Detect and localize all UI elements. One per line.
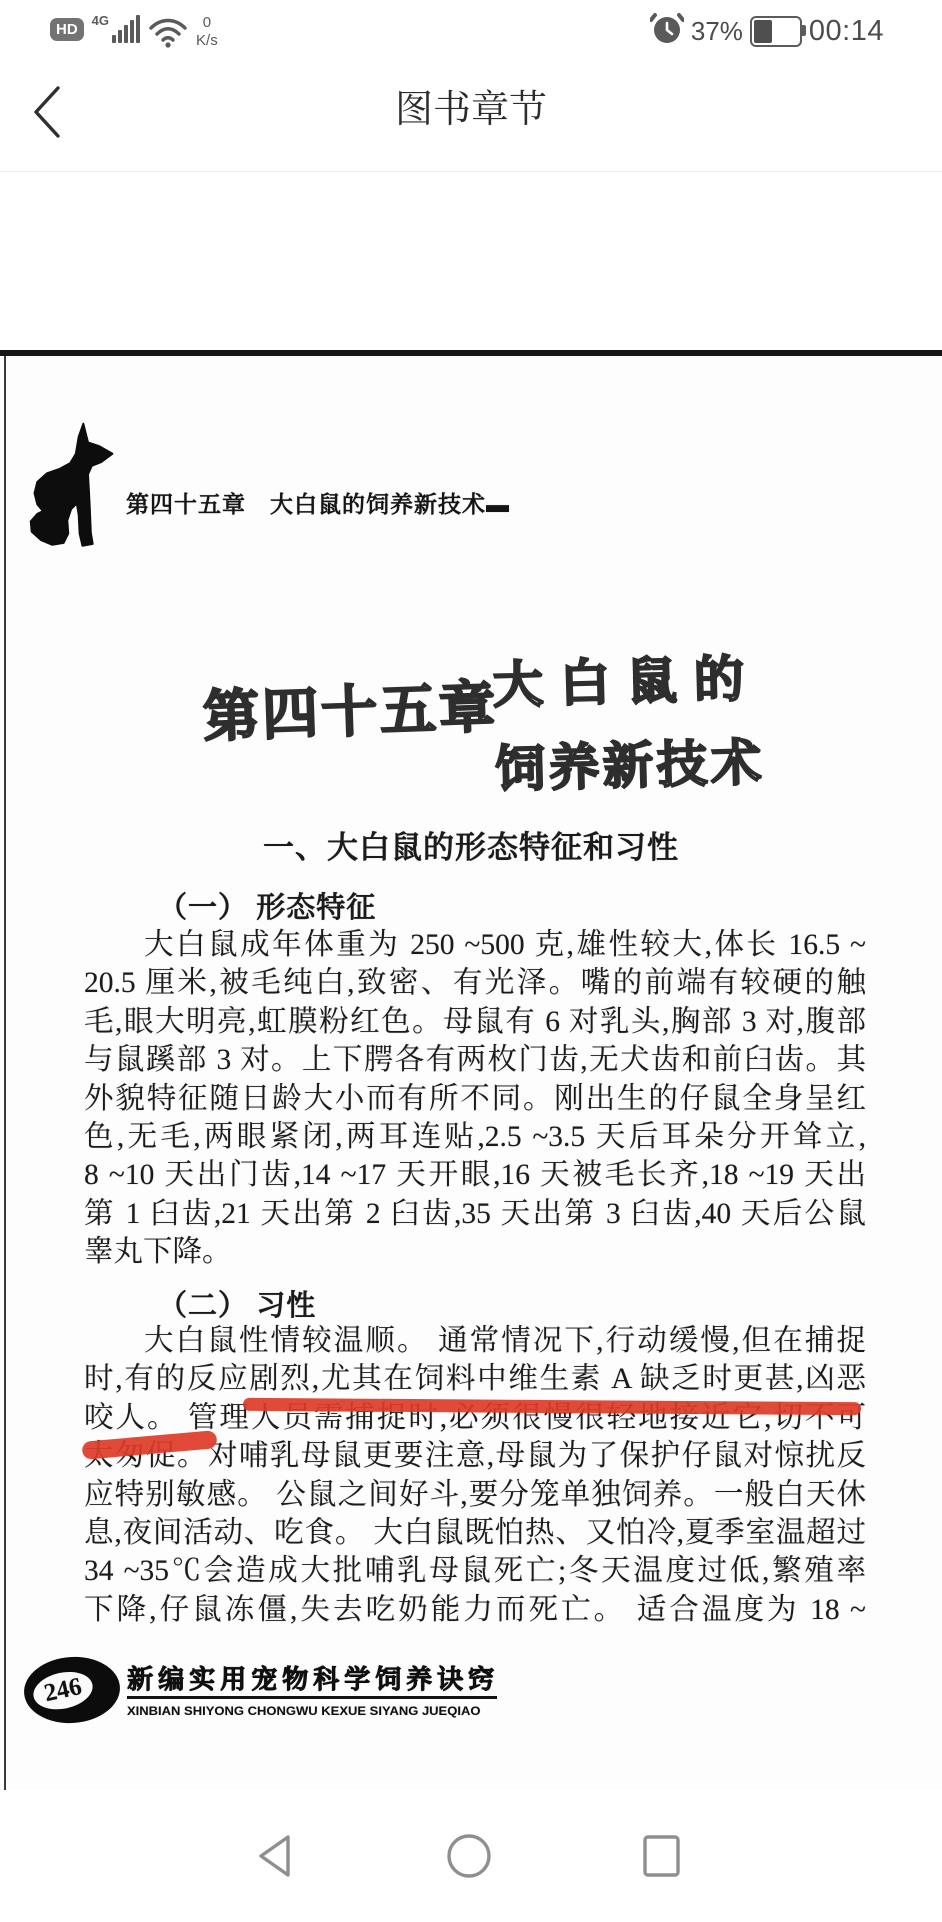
nav-back-button[interactable]: [214, 1790, 334, 1922]
section-title: 一、大白鼠的形态特征和习性: [0, 822, 942, 867]
text-line: 与鼠蹊部 3 对。上下腭各有两枚门齿,无犬齿和前臼齿。其: [84, 1041, 866, 1079]
series-title-pinyin: XINBIAN SHIYONG CHONGWU KEXUE SIYANG JUE…: [127, 1703, 507, 1717]
hd-volte-icon: HD: [50, 18, 84, 41]
text-line: 下降,仔鼠冻僵,失去吃奶能力而死亡。 适合温度为 18 ~: [84, 1591, 866, 1629]
running-header: 第四十五章 大白鼠的饲养新技术▬: [126, 486, 510, 519]
chapter-title-line2: 饲养新技术: [494, 720, 766, 811]
fox-silhouette-icon: [26, 416, 120, 560]
text-line: 8 ~10 天出门齿,14 ~17 天开眼,16 天被毛长齐,18 ~19 天出: [84, 1156, 866, 1194]
speed-value: 0: [203, 14, 211, 32]
network-type-label: 4G: [92, 14, 109, 27]
status-left-cluster: HD 4G 0 K/s: [50, 12, 218, 55]
network-speed: 0 K/s: [196, 14, 218, 50]
text-line: 20.5 厘米,被毛纯白,致密、有光泽。嘴的前端有较硬的触: [84, 964, 866, 1002]
series-title-chinese: 新编实用宠物科学饲养诀窍: [127, 1659, 499, 1696]
cellular-signal: 4G: [92, 14, 140, 43]
status-bar: HD 4G 0 K/s: [0, 0, 942, 62]
text-line: 时,有的反应剧烈,尤其在饲料中维生素 A 缺乏时更甚,凶恶: [84, 1360, 866, 1398]
text-line: 外貌特征随日龄大小而有所不同。刚出生的仔鼠全身呈红: [84, 1080, 866, 1118]
book-page-image[interactable]: 第四十五章 大白鼠的饲养新技术▬ 第四十五章 大白鼠的 饲养新技术 一、大白鼠的…: [0, 350, 942, 1796]
battery-percent-label: 37%: [691, 16, 743, 47]
page-number-badge: 246: [22, 1654, 122, 1727]
subsection1-title: （一） 形态特征: [158, 885, 376, 926]
battery-icon: [750, 16, 802, 47]
wifi-icon: [148, 16, 188, 55]
header-divider: [0, 171, 942, 172]
text-line: 应特别敏感。 公鼠之间好斗,要分笼单独饲养。一般白天休: [84, 1476, 866, 1514]
text-line: 睾丸下降。: [84, 1233, 866, 1271]
nav-recents-button[interactable]: [602, 1790, 722, 1922]
subsection2-title: （二） 习性: [158, 1283, 316, 1324]
paragraph-2: 大白鼠性情较温顺。 通常情况下,行动缓慢,但在捕捉时,有的反应剧烈,尤其在饲料中…: [84, 1322, 866, 1629]
text-line: 大白鼠成年体重为 250 ~500 克,雄性较大,体长 16.5 ~: [84, 926, 866, 964]
text-line: 息,夜间活动、吃食。 大白鼠既怕热、又怕冷,夏季室温超过: [84, 1514, 866, 1552]
text-line: 色,无毛,两眼紧闭,两耳连贴,2.5 ~3.5 天后耳朵分开耸立,: [84, 1118, 866, 1156]
android-nav-bar: [0, 1790, 942, 1922]
chapter-title-line1: 大白鼠的: [492, 636, 764, 727]
status-right-cluster: 37% 00:14: [650, 12, 884, 51]
phone-screen: HD 4G 0 K/s: [0, 0, 942, 1922]
page-title: 图书章节: [0, 78, 942, 133]
text-line: 34 ~35℃会造成大批哺乳母鼠死亡;冬天温度过低,繁殖率: [84, 1552, 866, 1590]
app-header: 图书章节: [0, 60, 942, 172]
series-title-rule: [127, 1696, 497, 1699]
clock-label: 00:14: [809, 15, 884, 48]
chapter-number-display: 第四十五章: [202, 663, 500, 753]
speed-unit: K/s: [196, 32, 218, 50]
chapter-title-display: 大白鼠的 饲养新技术: [492, 636, 766, 811]
nav-home-button[interactable]: [409, 1790, 529, 1922]
text-line: 第 1 臼齿,21 天出第 2 臼齿,35 天出第 3 臼齿,40 天后公鼠: [84, 1195, 866, 1233]
page-left-edge: [4, 356, 6, 1796]
text-line: 毛,眼大明亮,虹膜粉红色。母鼠有 6 对乳头,胸部 3 对,腹部: [84, 1003, 866, 1041]
paragraph-1: 大白鼠成年体重为 250 ~500 克,雄性较大,体长 16.5 ~20.5 厘…: [84, 926, 866, 1272]
alarm-icon: [650, 12, 684, 51]
text-line: 大白鼠性情较温顺。 通常情况下,行动缓慢,但在捕捉: [84, 1322, 866, 1360]
page-number: 246: [30, 1667, 96, 1715]
signal-bars-icon: [112, 15, 140, 43]
